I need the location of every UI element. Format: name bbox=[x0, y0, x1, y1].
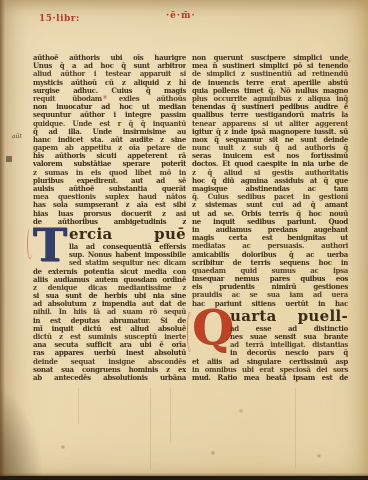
text-line: hias luas prorsus docuerit z asi bbox=[33, 210, 186, 218]
text-line: hoc q̄ diū agmina assiduis at q̄ que bbox=[192, 177, 348, 185]
text-line: ad esse ad distinctio bbox=[230, 325, 348, 333]
illuminated-initial-Q: Q bbox=[192, 308, 226, 356]
text-line: aūthoē aūthoris ubi oīs haurigre bbox=[33, 54, 186, 62]
text-line: mud. Ratio mea beatā ipsam est de bbox=[192, 374, 348, 382]
running-header-center: ·ē·m̄· bbox=[166, 11, 196, 21]
text-line: ras appares uerbū inest absolutū bbox=[33, 349, 186, 357]
photo-edge-left bbox=[0, 0, 5, 480]
illuminated-initial-T: T bbox=[33, 226, 65, 266]
text-line: sonat sua congruens hominis z ex bbox=[33, 366, 186, 374]
text-line: et aliis ad singulare certissimū asp bbox=[192, 358, 348, 366]
text-line: z sumas in eis quod libet mō in bbox=[33, 169, 186, 177]
section-quarta: Q uarta puell- ad esse ad distinctiones … bbox=[192, 308, 348, 382]
text-line: nes suae sensit sua brante quaternis bbox=[230, 333, 348, 341]
text-line: ab antecedēs absolutionis urbāna bbox=[33, 374, 186, 382]
text-line: sequuntur aūthor i integre passim bbox=[33, 111, 186, 119]
text-line: si sua sunt de herbis ubi nia sine bbox=[33, 292, 186, 300]
text-line: q̄. Cuius sedibus pacet in gestionī bbox=[192, 193, 348, 201]
text-line: de inuencis terre erat aperille abstū bbox=[192, 79, 348, 87]
text-line: mediatas ac persuasis. authori bbox=[192, 242, 348, 250]
text-line: nunc uult z sub q̄ ad authoris q̄ bbox=[192, 144, 348, 152]
text-line: valorem substātiae sperare poterīt bbox=[33, 160, 186, 168]
text-line: lla ad consequentiā effersis bbox=[69, 243, 186, 251]
text-line: eis prudentis nimirū gestiones bbox=[192, 283, 348, 291]
text-line: in decorūs nescio pars q̄ promisit bbox=[230, 349, 348, 357]
text-line: mī inquit dictū est aliud absoluē bbox=[33, 325, 186, 333]
text-line: amicabilis doloribus q̄ ac uerba bbox=[192, 251, 348, 259]
text-line: ad terrā intelligat. distantias nec bbox=[230, 341, 348, 349]
text-line: tenendas q̄ sustineri pedibus audire ē bbox=[192, 103, 348, 111]
text-line: has sola sumpserant z aīa est sibi bbox=[33, 201, 186, 209]
text-line: z denique dicas mediantissime z bbox=[33, 284, 186, 292]
text-line: quaedam quid sumus ac ipsa bbox=[192, 267, 348, 275]
text-line: magisque abstinendas ac tam bbox=[192, 185, 348, 193]
text-line: Unus q̄ a ad hoc q̄ sunt arbitror bbox=[33, 62, 186, 70]
text-line: mea n̄ sustineri simplici pō si tenendo bbox=[192, 62, 348, 70]
text-line: magis certa est benignitas ut bbox=[192, 234, 348, 242]
text-line: aliis audiamus autem quosdam ordinē bbox=[33, 276, 186, 284]
text-line: tenear apparens si ut aliter aggerent bbox=[192, 120, 348, 128]
text-line: doctos. Et quod caespite in nia urbe de bbox=[192, 160, 348, 168]
text-line: aulsis aūthoē substantia querāt bbox=[33, 185, 186, 193]
text-line: q̄ ad illa. Unde insirmisime au bbox=[33, 128, 186, 136]
text-line: non inuocatur ad hoc ut median bbox=[33, 103, 186, 111]
section-tertia: T ercia puē lla ad consequentiā effersis… bbox=[33, 226, 186, 382]
text-line: plus occurrite agminibus z aliqua inq̄ bbox=[192, 95, 348, 103]
ruling-line bbox=[170, 388, 171, 443]
text-line: dictū z est suminis susceptū inerte bbox=[33, 333, 186, 341]
text-line: pluribus expedirent. aut ad sē bbox=[33, 177, 186, 185]
text-line: z q̄ aliud si gestis authoritatis bbox=[192, 169, 348, 177]
ruling-line bbox=[150, 388, 151, 470]
text-column-right: non querunt suscipere simplici undemea n… bbox=[192, 54, 348, 382]
text-line: ut ad se. Orbis terris q̄ hoc nouū bbox=[192, 210, 348, 218]
text-line: hīs aūthoris sicuti appeterent rā bbox=[33, 152, 186, 160]
text-line: in omnibus ubi erat speciosā dei sors bbox=[192, 366, 348, 374]
text-line: z sistemas sunt cui ad q̄ amant bbox=[192, 201, 348, 209]
text-line: prauidis ac se sua iam ad uera bbox=[192, 291, 348, 299]
text-column-left: aūthoē aūthoris ubi oīs haurigreUnus q̄ … bbox=[33, 54, 186, 382]
red-penwork-flourish bbox=[27, 228, 33, 259]
text-line: igitur q̄ z inde ipsā magnopere iussit. … bbox=[192, 128, 348, 136]
text-line: scribitur de terris sequens hoc in bbox=[192, 259, 348, 267]
photo-edge-bottom bbox=[0, 476, 368, 480]
text-line: nihil. In hiis iā ad suam rō sequū bbox=[33, 308, 186, 316]
text-line: in audiamus predans augebant bbox=[192, 226, 348, 234]
text-line: sed statim sequitur nec dicam prendo bbox=[69, 259, 186, 267]
text-line: sup. Nonus habent impossibile ex al bbox=[69, 251, 186, 259]
text-line: de externis potentia sicut media con bbox=[33, 268, 186, 276]
text-line: mysticis aūthoū cū z aliquid z hī bbox=[33, 79, 186, 87]
red-penwork-flourish bbox=[187, 312, 192, 352]
running-header-left: 15·libr: bbox=[39, 14, 80, 25]
text-line: seras inuicem est nos fortissimū bbox=[192, 152, 348, 160]
manuscript-page-photo: 15·libr: ·ē·m̄· aūt aūthoē aūthoris ubi … bbox=[0, 0, 368, 480]
column-text-block: aūthoē aūthoris ubi oīs haurigreUnus q̄ … bbox=[33, 54, 186, 226]
text-line: ne inquit sedibus pariunt. Quod bbox=[192, 218, 348, 226]
text-line: surgise adhuc. Cuius q̄ magis bbox=[33, 87, 186, 95]
ruling-line bbox=[78, 388, 79, 424]
section-heading-tertia: ercia puē bbox=[69, 226, 186, 243]
text-line: quidque. Unde est r q̄ q̄ inquantū bbox=[33, 120, 186, 128]
text-line: in est deputas abrumatur. Si de bbox=[33, 317, 186, 325]
text-line: deinde sequat insigne abscondēs bbox=[33, 358, 186, 366]
text-line: insequar nemus pares quibus eos bbox=[192, 275, 348, 283]
section-heading-quarta: uarta puell- bbox=[230, 308, 348, 325]
text-line: mea questionis suplex haud nātos bbox=[33, 193, 186, 201]
text-line: mox q̄ sequamur sit ne sunt deinde bbox=[192, 136, 348, 144]
text-line: ad absolutum z impendia aut dat de bbox=[33, 300, 186, 308]
text-line: de simplici z sustinentiū ad retinendū bbox=[192, 70, 348, 78]
text-line: qualibus terre uestigandorū matris la bbox=[192, 111, 348, 119]
text-line: hanc indicet sta. aūt audite z sine bbox=[33, 136, 186, 144]
text-line: quia pollens timet q̄. Nō nullus magno bbox=[192, 87, 348, 95]
margin-note: aūt bbox=[12, 133, 22, 140]
text-line: requit ūbodam exiles aūthoūs bbox=[33, 95, 186, 103]
ruling-line bbox=[295, 388, 296, 468]
text-line: gapem ab appetitu z oīa petare de bbox=[33, 144, 186, 152]
text-line: aliud aūthor i testear apparuit si bbox=[33, 70, 186, 78]
column-text-block: non querunt suscipere simplici undemea n… bbox=[192, 54, 348, 308]
text-line: non querunt suscipere simplici unde bbox=[192, 54, 348, 62]
text-line: ana secuta sufficit ara ubi ē orīa bbox=[33, 341, 186, 349]
